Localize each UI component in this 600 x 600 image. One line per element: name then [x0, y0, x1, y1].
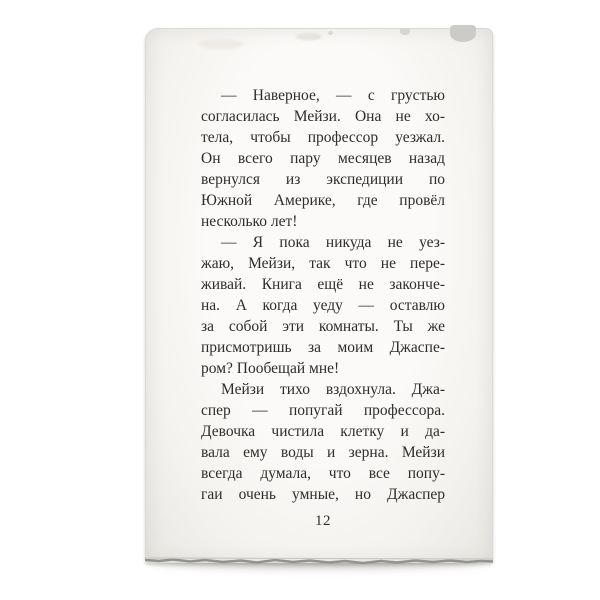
text-line: вернулся из экспедиции по — [201, 169, 445, 190]
book-page: — Наверное, — с грустьюсогласилась Мейзи… — [145, 28, 493, 563]
text-line: всегда думала, что все попу- — [201, 463, 445, 484]
text-line: Девочка чистила клетку и да- — [201, 421, 445, 442]
paper-stain — [296, 33, 322, 40]
paper-stain — [198, 39, 244, 49]
paper-stain — [328, 31, 333, 35]
text-line: несколько лет! — [201, 211, 445, 232]
paper-stain — [400, 29, 410, 35]
text-line: — Я пока никуда не уез- — [201, 232, 445, 253]
torn-bottom-edge — [145, 557, 493, 565]
text-line: жаю, Мейзи, так что не пере- — [201, 253, 445, 274]
text-line: спер — попугай профессора. — [201, 400, 445, 421]
text-line: гаи очень умные, но Джаспер — [201, 484, 445, 505]
text-line: — Наверное, — с грустью — [201, 85, 445, 106]
paper-notch-stain — [450, 25, 476, 42]
text-line: Мейзи тихо вздохнула. Джа- — [201, 379, 445, 400]
text-line: вала ему воды и зерна. Мейзи — [201, 442, 445, 463]
text-line: Он всего пару месяцев назад — [201, 148, 445, 169]
page-number: 12 — [201, 513, 445, 530]
text-line: тела, чтобы профессор уезжал. — [201, 127, 445, 148]
text-line: присмотришь за моим Джаспе- — [201, 337, 445, 358]
text-line: Южной Америке, где провёл — [201, 190, 445, 211]
text-line: за собой эти комнаты. Ты же — [201, 316, 445, 337]
text-block: — Наверное, — с грустьюсогласилась Мейзи… — [201, 85, 445, 530]
text-line: согласилась Мейзи. Она не хо- — [201, 106, 445, 127]
text-line: живай. Книга ещё не закончe- — [201, 274, 445, 295]
text-line: ром? Пообещай мне! — [201, 358, 445, 379]
text-line: на. А когда уеду — оставлю — [201, 295, 445, 316]
scan-background: — Наверное, — с грустьюсогласилась Мейзи… — [0, 0, 600, 600]
